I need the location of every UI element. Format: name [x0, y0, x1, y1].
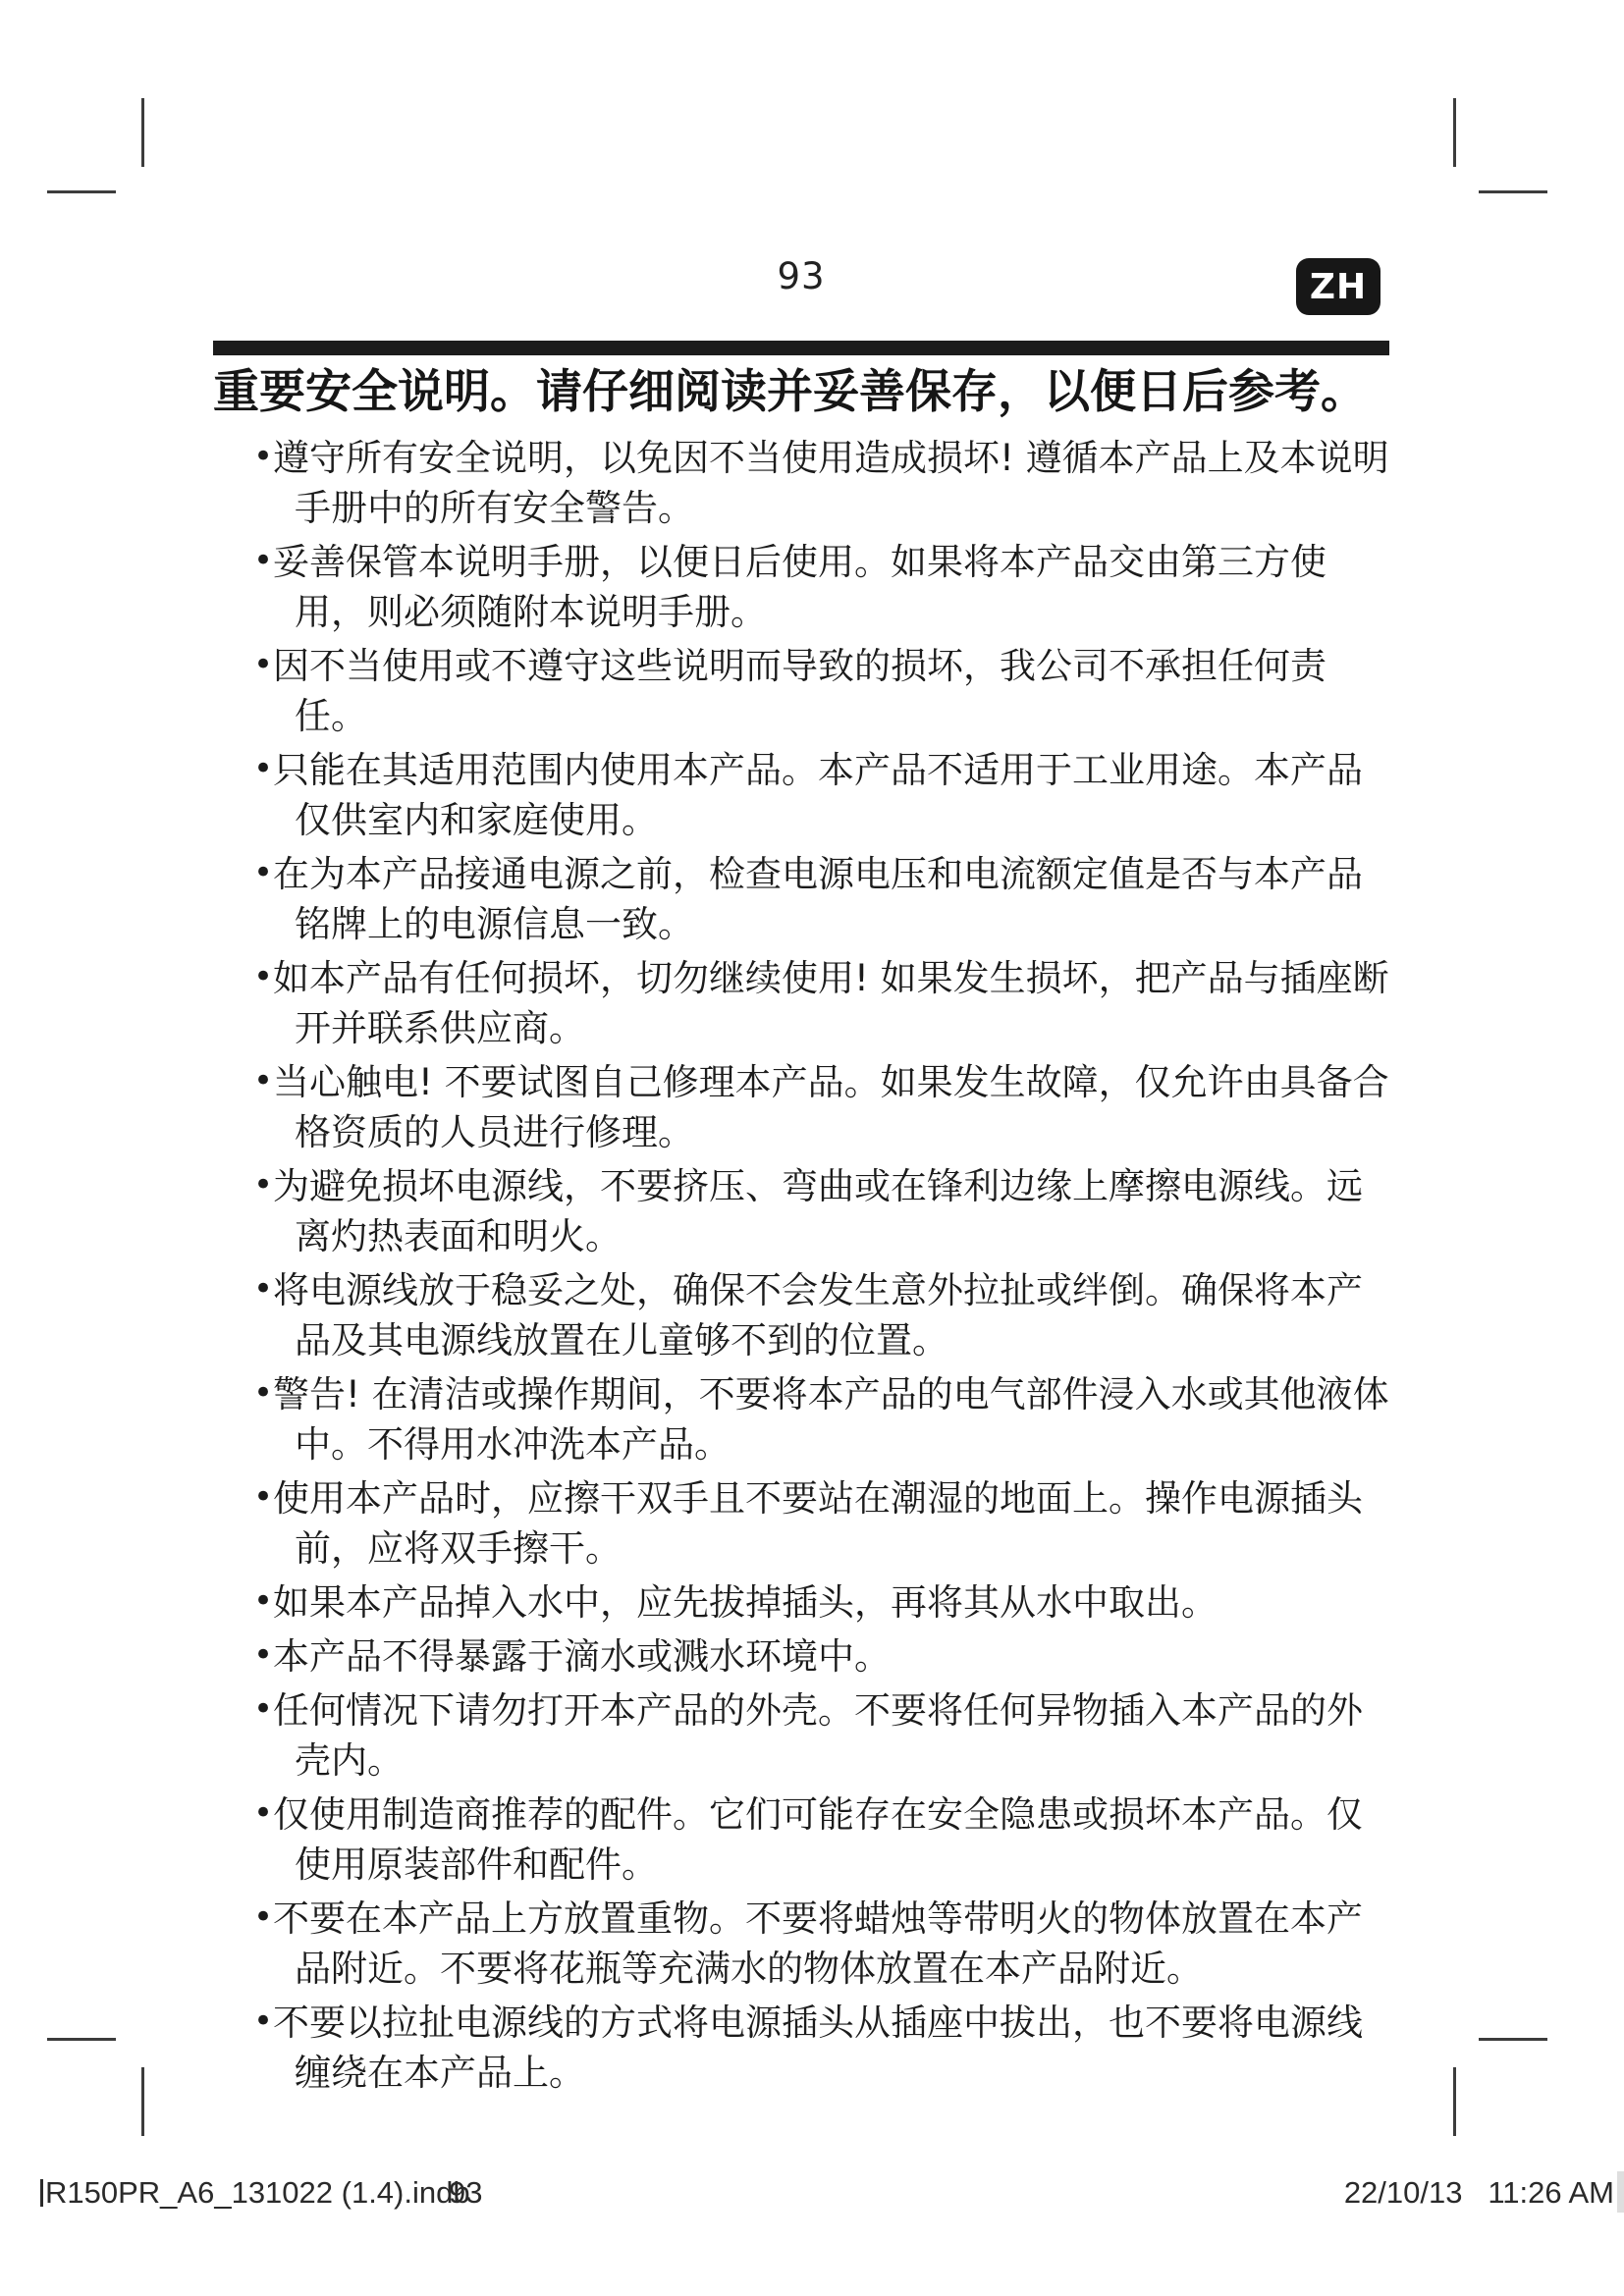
safety-instruction-item: 任何情况下请勿打开本产品的外壳。不要将任何异物插入本产品的外壳内。 — [224, 1685, 1398, 1786]
footer-timestamp: 22/10/13 11:26 AM — [1344, 2175, 1614, 2211]
safety-instruction-item: 不要以拉扯电源线的方式将电源插头从插座中拔出，也不要将电源线缠绕在本产品上。 — [224, 1998, 1398, 2098]
crop-mark-bottom-right-horizontal — [1479, 2038, 1547, 2041]
safety-instruction-item: 使用本产品时，应擦干双手且不要站在潮湿的地面上。操作电源插头前，应将双手擦干。 — [224, 1473, 1398, 1574]
safety-instruction-item: 仅使用制造商推荐的配件。它们可能存在安全隐患或损坏本产品。仅使用原装部件和配件。 — [224, 1789, 1398, 1890]
safety-instruction-item: 妥善保管本说明手册，以便日后使用。如果将本产品交由第三方使用，则必须随附本说明手… — [224, 537, 1398, 637]
crop-mark-bottom-left-vertical — [141, 2067, 144, 2136]
safety-instruction-item: 警告! 在清洁或操作期间，不要将本产品的电气部件浸入水或其他液体中。不得用水冲洗… — [224, 1369, 1398, 1469]
safety-instruction-item: 只能在其适用范围内使用本产品。本产品不适用于工业用途。本产品仅供室内和家庭使用。 — [224, 745, 1398, 845]
page-title: 重要安全说明。请仔细阅读并妥善保存，以便日后参考。 — [213, 365, 1460, 420]
crop-mark-top-left-vertical — [141, 98, 144, 167]
safety-instruction-item: 如本产品有任何损坏，切勿继续使用! 如果发生损坏，把产品与插座断开并联系供应商。 — [224, 953, 1398, 1053]
safety-instruction-item: 如果本产品掉入水中，应先拔掉插头，再将其从水中取出。 — [224, 1577, 1398, 1628]
footer: R150PR_A6_131022 (1.4).indb 93 22/10/13 … — [0, 2175, 1624, 2224]
safety-instructions-list: 遵守所有安全说明，以免因不当使用造成损坏! 遵循本产品上及本说明手册中的所有安全… — [224, 433, 1398, 2102]
scan-edge-artifact — [1617, 2171, 1624, 2213]
crop-mark-top-left-horizontal — [47, 190, 116, 193]
safety-instruction-item: 将电源线放于稳妥之处，确保不会发生意外拉扯或绊倒。确保将本产品及其电源线放置在儿… — [224, 1265, 1398, 1365]
clipped-character-fragment — [40, 2179, 43, 2207]
safety-instruction-item: 遵守所有安全说明，以免因不当使用造成损坏! 遵循本产品上及本说明手册中的所有安全… — [224, 433, 1398, 533]
crop-mark-bottom-right-vertical — [1453, 2067, 1456, 2136]
safety-instruction-item: 在为本产品接通电源之前，检查电源电压和电流额定值是否与本产品铭牌上的电源信息一致… — [224, 849, 1398, 949]
safety-instruction-item: 为避免损坏电源线，不要挤压、弯曲或在锋利边缘上摩擦电源线。远离灼热表面和明火。 — [224, 1161, 1398, 1261]
crop-mark-top-right-vertical — [1453, 98, 1456, 167]
page-number: 93 — [213, 255, 1389, 297]
safety-instruction-item: 因不当使用或不遵守这些说明而导致的损坏，我公司不承担任何责任。 — [224, 641, 1398, 741]
safety-instruction-item: 本产品不得暴露于滴水或溅水环境中。 — [224, 1631, 1398, 1682]
crop-mark-bottom-left-horizontal — [47, 2038, 116, 2041]
safety-instruction-item: 当心触电! 不要试图自己修理本产品。如果发生故障，仅允许由具备合格资质的人员进行… — [224, 1057, 1398, 1157]
safety-instruction-item: 不要在本产品上方放置重物。不要将蜡烛等带明火的物体放置在本产品附近。不要将花瓶等… — [224, 1894, 1398, 1994]
language-badge: ZH — [1296, 258, 1380, 315]
header-rule — [213, 341, 1389, 355]
crop-mark-top-right-horizontal — [1479, 190, 1547, 193]
footer-file-name: R150PR_A6_131022 (1.4).indb — [45, 2175, 470, 2211]
footer-file-page: 93 — [449, 2175, 482, 2211]
